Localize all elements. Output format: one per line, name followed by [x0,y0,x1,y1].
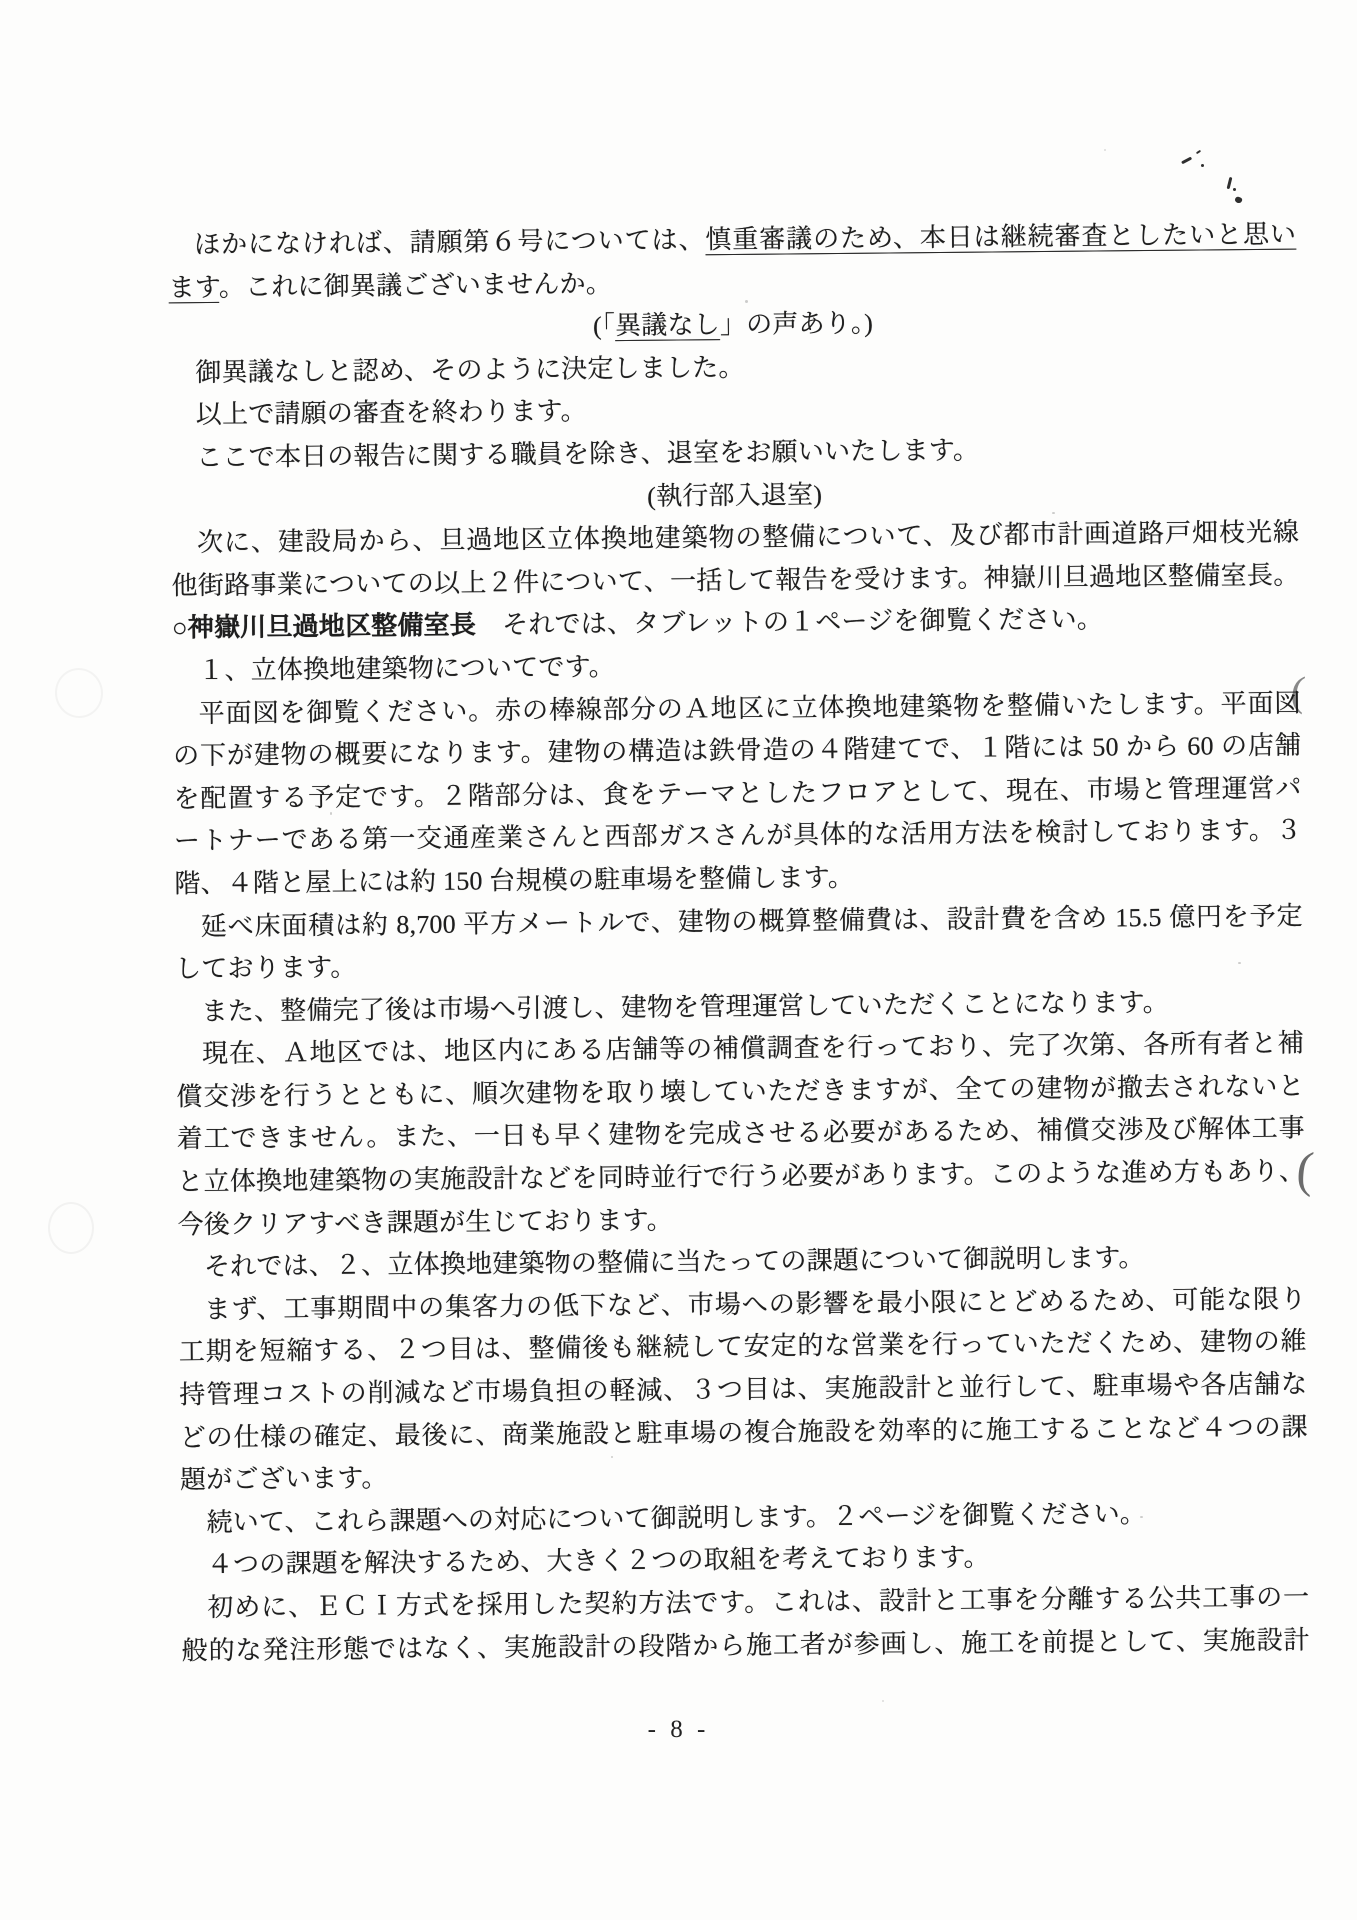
text-segment: の下が建物の概要になります。建物の構造は鉄骨造の４階建てで、１階には 50 から… [173,731,1301,771]
scan-noise-dot [948,585,951,588]
text-segment: 異議なし [615,310,720,340]
text-segment: (「 [593,311,615,340]
scan-noise-dot [1052,512,1055,514]
text-segment: (執行部入退室) [647,480,822,511]
text-segment: 今後クリアすべき課題が生じております。 [177,1205,672,1239]
text-segment: 階、４階と屋上には約 150 台規模の駐車場を整備します。 [174,863,854,899]
scan-noise-dot [1140,1516,1143,1518]
text-segment: 題がございます。 [180,1464,388,1495]
scan-noise-dot [1104,149,1106,151]
pen-mark [1181,157,1192,164]
text-segment: しております。 [175,953,357,984]
text-segment: 慎重審議のため、本日は継続審査としたいと思い [705,220,1296,255]
document-body: ほかになければ、請願第６号については、慎重審議のため、本日は継続審査としたいと思… [168,214,1310,1673]
text-segment: それでは、タブレットの１ページを御覧ください。 [476,605,1103,640]
text-segment: 。これに御異議ございませんか。 [219,269,612,302]
text-segment: 着工できません。また、一日も早く建物を完成させる必要があるため、補償交渉及び解体… [177,1114,1305,1154]
page-number: - 8 - [0,1716,1357,1744]
text-segment: ここで本日の報告に関する職員を除き、退室をお願いいたします。 [196,436,979,473]
text-segment: ートナーである第一交通産業さんと西部ガスさんが具体的な活用方法を検討しております… [174,816,1302,856]
scanned-page: ほかになければ、請願第６号については、慎重審議のため、本日は継続審査としたいと思… [0,0,1357,1920]
text-segment: を配置する予定です。２階部分は、食をテーマとしたフロアとして、現在、市場と管理運… [173,773,1301,813]
text-segment: 初めに、ＥＣＩ方式を採用した契約方法です。これは、設計と工事を分離する公共工事の… [207,1583,1309,1623]
scan-noise-dot [611,1456,613,1458]
text-segment: まず、工事期間中の集客力の低下など、市場への影響を最小限にとどめるため、可能な限… [204,1284,1306,1324]
text-segment: それでは、２、立体換地建築物の整備に当たっての課題について御説明します。 [204,1243,1145,1281]
scan-noise-dot [882,1700,884,1702]
handwritten-paren: ( [1289,667,1307,716]
text-segment: ほかになければ、請願第６号については、 [194,225,705,259]
pen-mark [1196,150,1201,155]
pen-mark [1234,196,1243,204]
text-segment: 」の声あり。) [720,309,873,339]
text-segment: 次に、建設局から、旦過地区立体換地建築物の整備について、及び都市計画道路戸畑枝光… [197,518,1299,558]
text-segment: 平面図を御覧ください。赤の棒線部分のＡ地区に立体換地建築物を整備いたします。平面… [199,688,1301,728]
pen-mark [1233,188,1236,191]
text-segment: 以上で請願の審査を終わります。 [196,397,587,430]
pen-mark [1227,177,1232,189]
text-segment: と立体換地建築物の実施設計などを同時並行で行う必要があります。このような進め方も… [177,1157,1305,1197]
text-segment: 償交渉を行うとともに、順次建物を取り壊していただきますが、全ての建物が撤去されな… [176,1071,1304,1111]
text-segment: 工期を短縮する、２つ目は、整備後も継続して安定的な営業を行っていただくため、建物… [179,1327,1307,1367]
hole-punch-mark [48,1202,94,1254]
text-segment: 御異議なしと認め、そのように決定しました。 [195,353,744,387]
handwritten-paren: ( [1295,1139,1317,1198]
text-segment: １、立体換地建築物についてです。 [198,652,615,685]
scan-noise-dot [1238,962,1241,964]
text-segment: 般的な発注形態ではなく、実施設計の段階から施工者が参画し、施工を前提として、実施… [182,1625,1310,1665]
text-segment: また、整備完了後は市場へ引渡し、建物を管理運営していただくことになります。 [201,988,1169,1026]
text-segment: ４つの課題を解決するため、大きく２つの取組を考えております。 [207,1543,990,1580]
text-segment: 持管理コストの削減など市場負担の軽減、３つ目は、実施設計と並行して、駐車場や各店… [179,1370,1307,1410]
text-segment: 現在、Ａ地区では、地区内にある店舗等の補償調査を行っており、完了次第、各所有者と… [202,1029,1304,1069]
pen-mark [1201,164,1204,167]
scan-noise-dot [330,812,332,815]
text-segment: 延べ床面積は約 8,700 平方メートルで、建物の概算整備費は、設計費を含め 1… [201,901,1303,941]
text-segment: 他街路事業についての以上２件について、一括して報告を受けます。神嶽川旦過地区整備… [171,560,1299,600]
scan-noise-dot [745,300,748,303]
text-segment: ○神嶽川旦過地区整備室長 [172,611,476,643]
text-segment: 続いて、これら課題への対応について御説明します。２ページを御覧ください。 [206,1499,1146,1537]
text-segment: どの仕様の確定、最後に、商業施設と駐車場の複合施設を効率的に施工することなど４つ… [180,1412,1308,1452]
text-segment: ます [168,273,219,302]
hole-punch-mark [52,665,106,721]
